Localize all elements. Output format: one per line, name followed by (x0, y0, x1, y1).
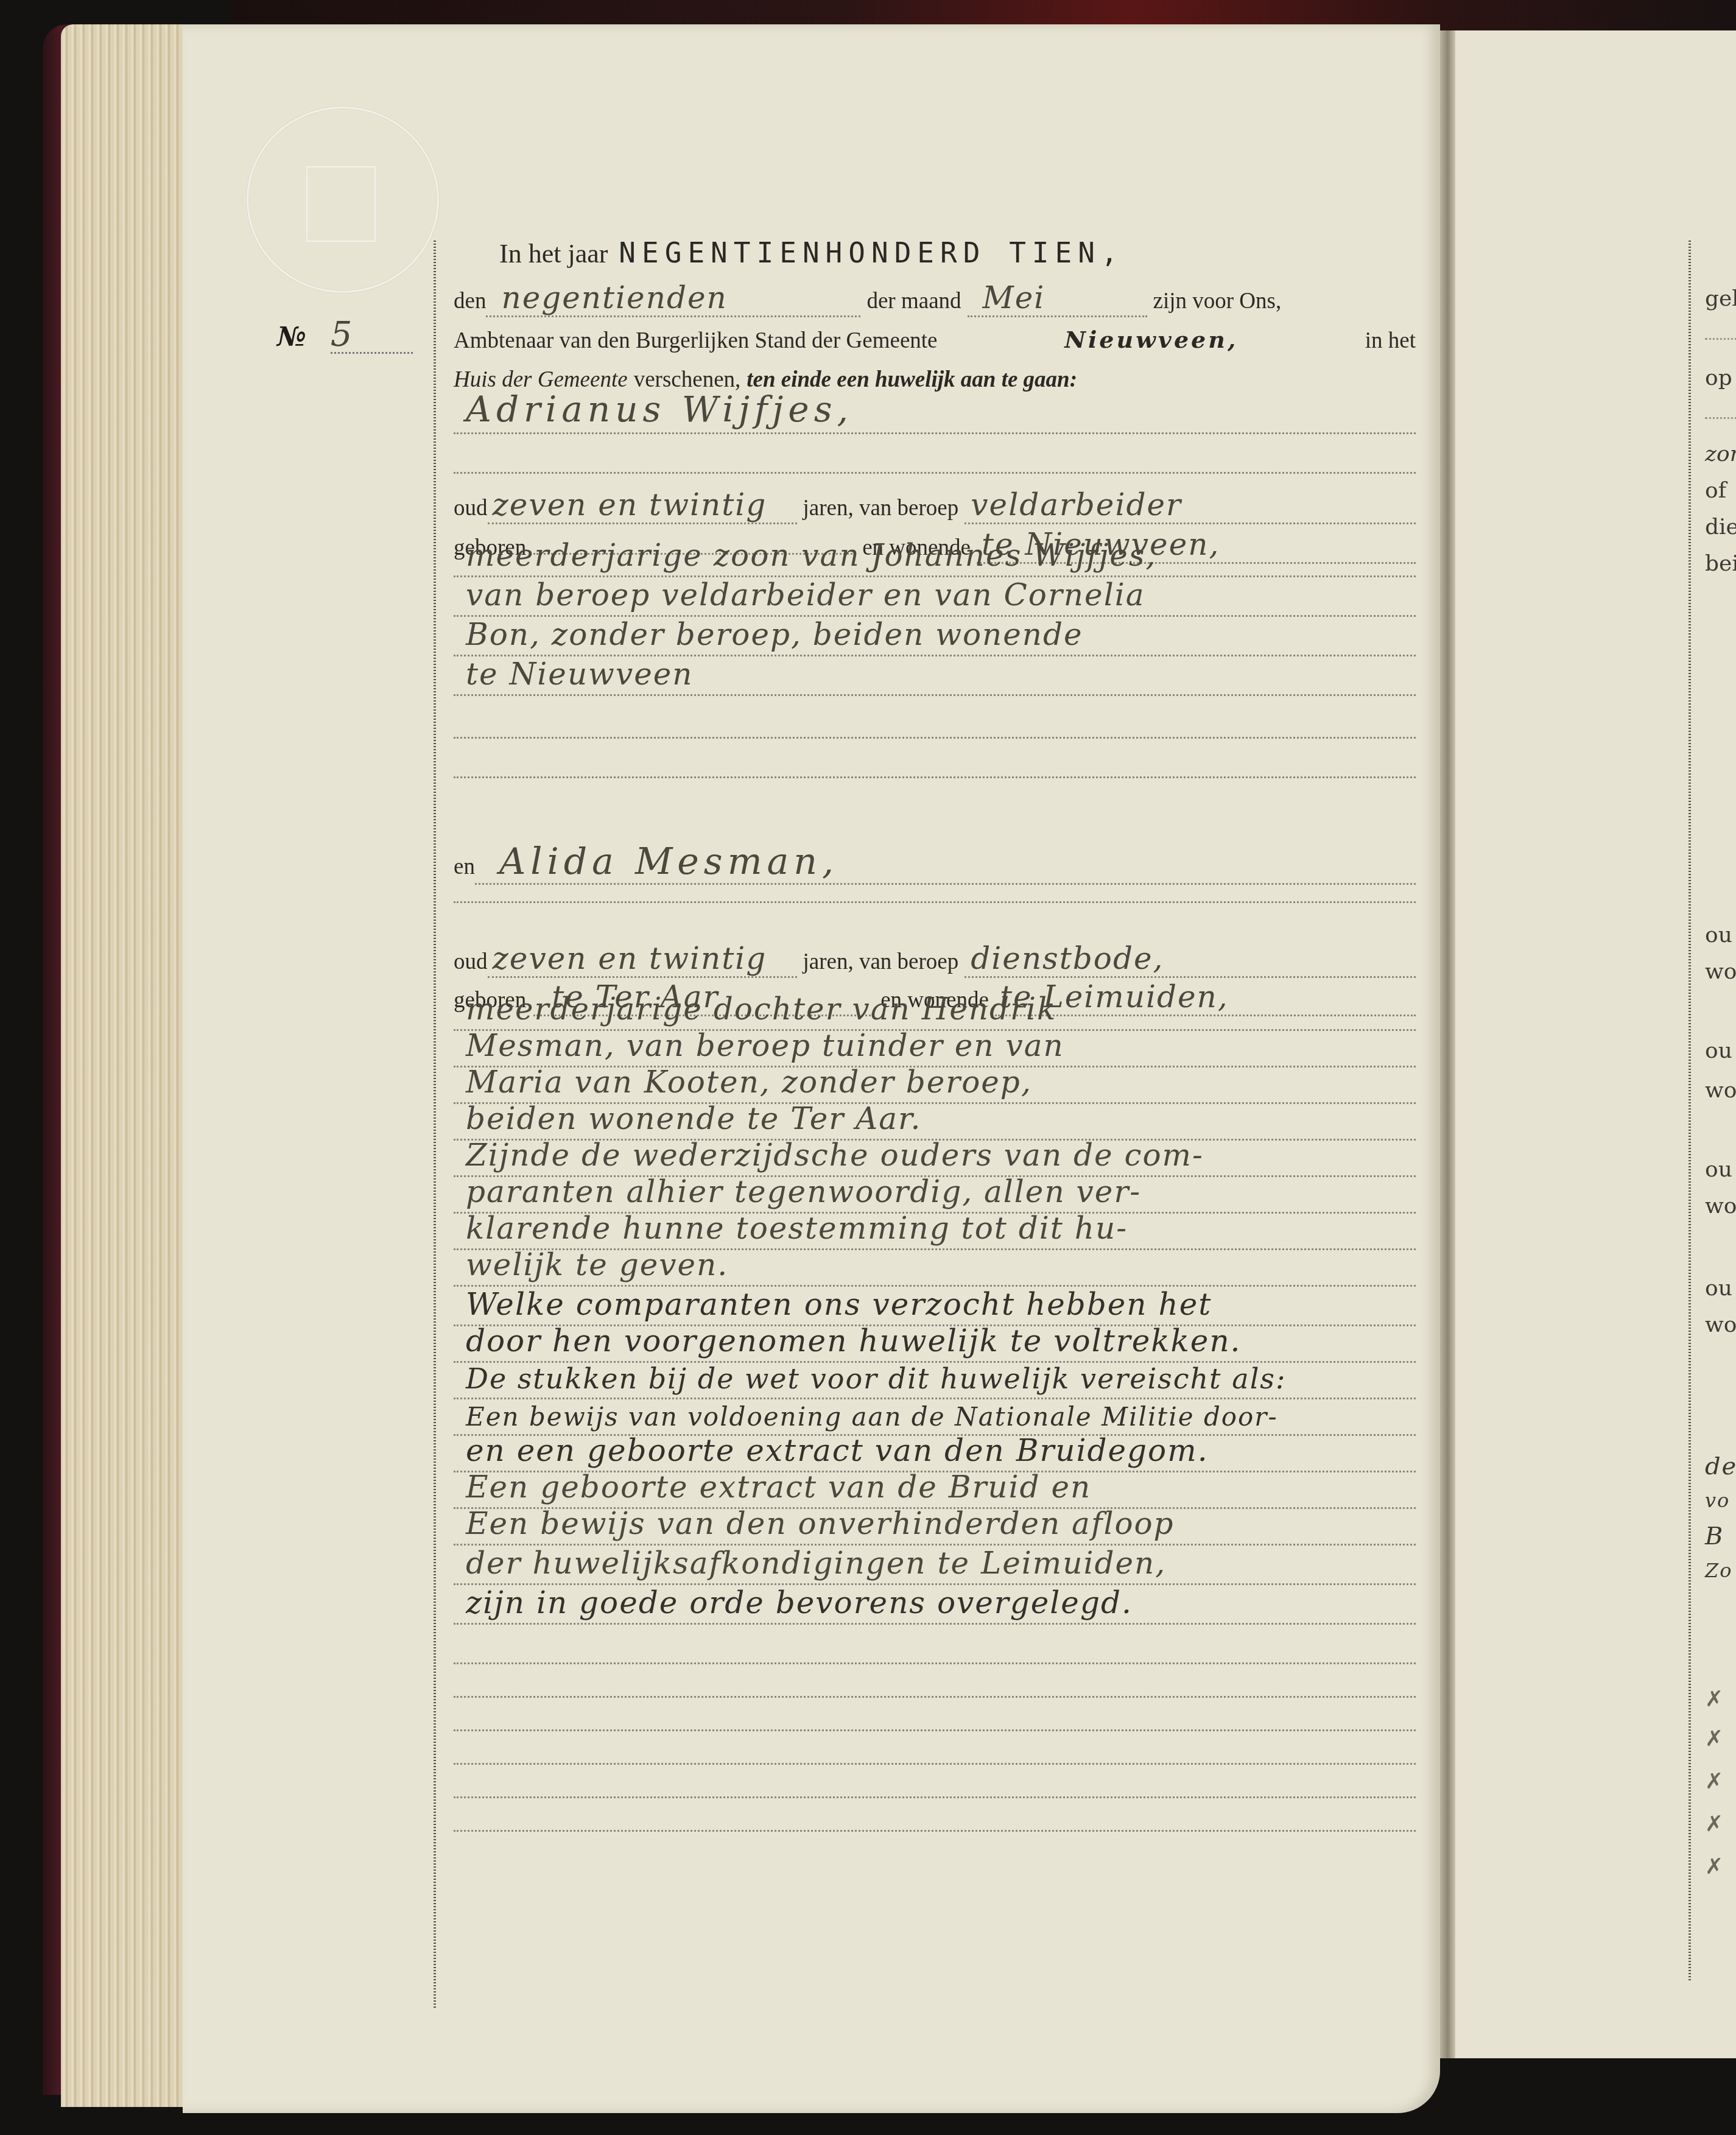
groom-parents-line-4: te Nieuwveen (454, 658, 1416, 696)
date-day: negentienden (486, 280, 860, 317)
facing-fragment: op (1705, 365, 1732, 390)
body-text: Zijnde de wederzijdsche ouders van de co… (466, 1138, 1204, 1173)
groom-age: zeven en twintig (488, 487, 797, 524)
body-line: Een bewijs van voldoening aan de Nationa… (454, 1398, 1416, 1436)
label-der-maand: der maand (866, 288, 961, 314)
body-text: der huwelijksafkondigingen te Leimuiden, (466, 1546, 1166, 1581)
body-text: Welke comparanten ons verzocht hebben he… (466, 1287, 1212, 1322)
body-text: zijn in goede orde bevorens overgelegd. (466, 1585, 1133, 1620)
empty-ruled-line (454, 1726, 1416, 1765)
bride-age: zeven en twintig (488, 941, 797, 978)
facing-fragment: ou (1705, 923, 1732, 948)
bride-parents-line-4: beiden wonende te Ter Aar. (454, 1102, 1416, 1141)
body-line: zijn in goede orde bevorens overgelegd. (454, 1586, 1416, 1625)
body-line: en een geboorte extract van den Bruidego… (454, 1434, 1416, 1472)
empty-ruled-line (454, 1760, 1416, 1798)
year-text: NEGENTIENHONDERD TIEN, (619, 236, 1123, 269)
groom-name-line: Adrianus Wijfjes, (454, 396, 1416, 434)
bride-occupation: dienstbode, (965, 941, 1416, 978)
facing-fragment: ou (1705, 1038, 1732, 1063)
facing-hand-fragment: vo (1705, 1489, 1730, 1512)
municipality: Nieuwveen, (1064, 326, 1238, 353)
facing-fragment: ou (1705, 1157, 1732, 1182)
date-line: den negentienden der maand Mei zijn voor… (454, 280, 1416, 317)
entry-number: № 5 (277, 318, 413, 354)
facing-fragment: die (1705, 515, 1736, 540)
body-text: klarende hunne toestemming tot dit hu- (466, 1211, 1128, 1246)
groom-parents-line-2: van beroep veldarbeider en van Cornelia (454, 579, 1416, 617)
body-line: De stukken bij de wet voor dit huwelijk … (454, 1361, 1416, 1399)
empty-ruled-line (454, 1659, 1416, 1698)
label-oud: oud (454, 495, 488, 521)
label-den: den (454, 288, 486, 314)
groom-parents-text: meerderjarige zoon van Johannes Wijfjes, (466, 538, 1156, 573)
body-text: Een bewijs van den onverhinderden afloop (466, 1506, 1175, 1541)
facing-hand-fragment: Zo (1705, 1559, 1733, 1582)
embossed-seal-icon (247, 107, 439, 293)
body-text: welijk te geven. (466, 1247, 728, 1282)
body-text: Een bewijs van voldoening aan de Nationa… (466, 1402, 1278, 1432)
label-ambtenaar: Ambtenaar van den Burgerlijken Stand der… (454, 328, 938, 354)
numero-sign: № (277, 322, 306, 353)
year-line: In het jaar NEGENTIENHONDERD TIEN, (454, 236, 1416, 269)
body-line: Een geboorte extract van de Bruid en (454, 1471, 1416, 1509)
bride-parents-text: Mesman, van beroep tuinder en van (466, 1028, 1064, 1063)
body-line: Welke comparanten ons verzocht hebben he… (454, 1288, 1416, 1326)
body-text: en een geboorte extract van den Bruidego… (466, 1433, 1209, 1468)
groom-age-line: oud zeven en twintig jaren, van beroep v… (454, 487, 1416, 524)
margin-rule-facing (1689, 241, 1691, 1982)
empty-ruled-line (454, 1793, 1416, 1832)
groom-name: Adrianus Wijfjes, (466, 389, 853, 430)
body-text: De stukken bij de wet voor dit huwelijk … (466, 1362, 1286, 1395)
facing-hand-fragment: B (1705, 1522, 1724, 1550)
bride-parents-line-2: Mesman, van beroep tuinder en van (454, 1029, 1416, 1067)
facing-fragment: of (1705, 478, 1726, 503)
bride-parents-line-1: meerderjarige dochter van Hendrik (454, 993, 1416, 1031)
facing-dotted-line (1705, 338, 1736, 340)
label-oud: oud (454, 949, 488, 975)
empty-ruled-line (454, 1626, 1416, 1664)
cross-mark-icon: ✗ (1705, 1854, 1723, 1879)
intro-text: In het jaar (499, 238, 608, 269)
label-jaren-beroep: jaren, van beroep (803, 495, 959, 521)
label-in-het: in het (1365, 328, 1416, 354)
groom-parents-line-1: meerderjarige zoon van Johannes Wijfjes, (454, 539, 1416, 577)
body-text: Een geboorte extract van de Bruid en (466, 1469, 1091, 1505)
empty-ruled-line (454, 1693, 1416, 1731)
cross-mark-icon: ✗ (1705, 1726, 1723, 1751)
groom-parents-text: Bon, zonder beroep, beiden wonende (466, 617, 1083, 652)
groom-parents-text: te Nieuwveen (466, 656, 694, 692)
book-gutter (1440, 30, 1455, 2058)
body-line: welijk te geven. (454, 1248, 1416, 1287)
bride-parents-line-3: Maria van Kooten, zonder beroep, (454, 1066, 1416, 1104)
groom-occupation: veldarbeider (965, 487, 1416, 524)
body-line: Zijnde de wederzijdsche ouders van de co… (454, 1139, 1416, 1177)
cross-mark-icon: ✗ (1705, 1687, 1723, 1712)
facing-fragment: gel (1705, 286, 1736, 311)
body-text: door hen voorgenomen huwelijk te voltrek… (466, 1323, 1242, 1359)
body-line: paranten alhier tegenwoordig, allen ver- (454, 1175, 1416, 1214)
facing-fragment: wo (1705, 1194, 1736, 1219)
bride-parents-text: Maria van Kooten, zonder beroep, (466, 1064, 1032, 1100)
facing-fragment: wo (1705, 1078, 1736, 1103)
body-line: Een bewijs van den onverhinderden afloop (454, 1507, 1416, 1546)
body-line: door hen voorgenomen huwelijk te voltrek… (454, 1324, 1416, 1363)
groom-blank-line (454, 435, 1416, 474)
bride-blank-line (454, 865, 1416, 903)
bride-parents-text: meerderjarige dochter van Hendrik (466, 991, 1056, 1027)
facing-fragment: wo (1705, 1312, 1736, 1337)
facing-fragment: ou (1705, 1276, 1732, 1301)
blank-line (454, 740, 1416, 778)
body-text: paranten alhier tegenwoordig, allen ver- (466, 1174, 1141, 1209)
label-jaren-beroep: jaren, van beroep (803, 949, 959, 975)
date-month: Mei (968, 280, 1147, 317)
cross-mark-icon: ✗ (1705, 1812, 1723, 1837)
register-page-right (1455, 30, 1736, 2058)
groom-parents-line-3: Bon, zonder beroep, beiden wonende (454, 618, 1416, 656)
label-zijn-voor-ons: zijn voor Ons, (1153, 288, 1282, 314)
entry-number-value: 5 (331, 318, 413, 354)
official-line: Ambtenaar van den Burgerlijken Stand der… (454, 326, 1416, 354)
facing-fragment: zon (1705, 441, 1736, 466)
blank-line (454, 700, 1416, 739)
facing-fragment: wo (1705, 959, 1736, 984)
margin-rule-left (434, 241, 436, 2010)
facing-hand-fragment: de (1705, 1452, 1736, 1480)
bride-age-line: oud zeven en twintig jaren, van beroep d… (454, 941, 1416, 978)
facing-dotted-line (1705, 417, 1736, 419)
groom-parents-text: van beroep veldarbeider en van Cornelia (466, 577, 1145, 613)
body-line: der huwelijksafkondigingen te Leimuiden, (454, 1547, 1416, 1585)
cross-mark-icon: ✗ (1705, 1769, 1723, 1794)
body-line: klarende hunne toestemming tot dit hu- (454, 1212, 1416, 1250)
bride-parents-text: beiden wonende te Ter Aar. (466, 1101, 921, 1136)
facing-fragment: bei (1705, 551, 1736, 576)
page-stack-edge (61, 24, 195, 2107)
